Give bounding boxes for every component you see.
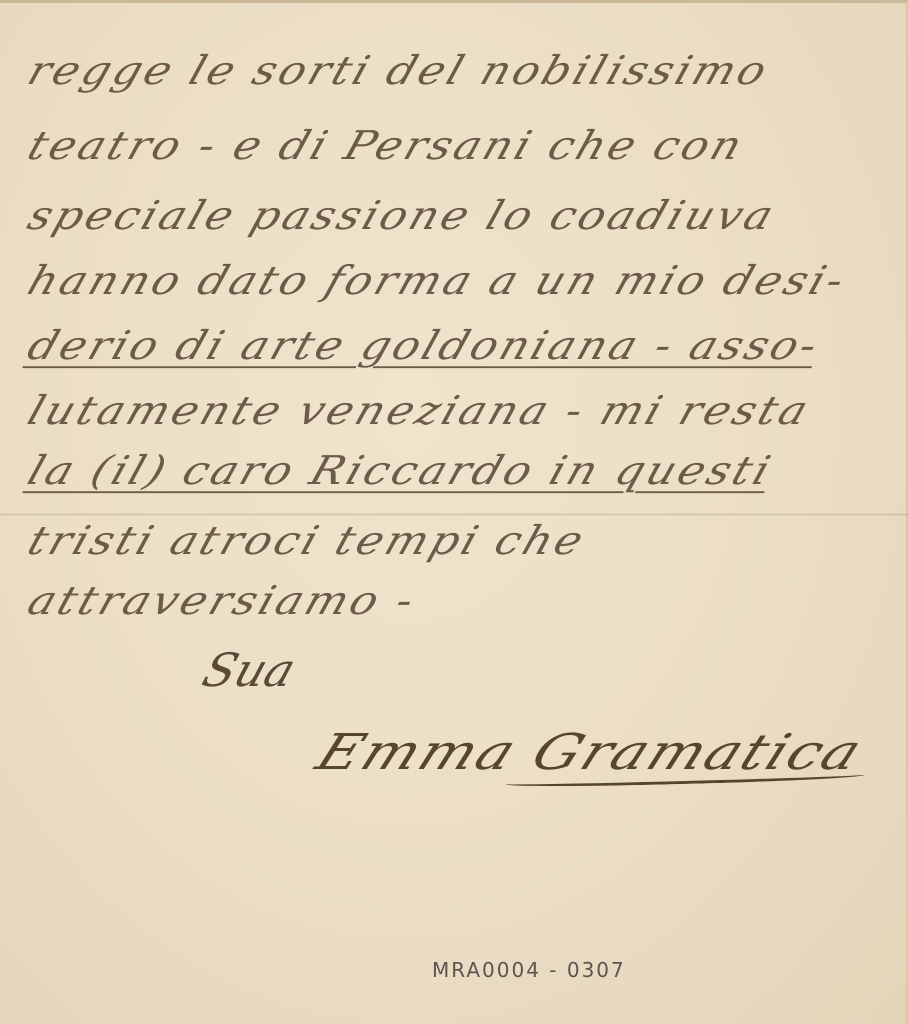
letter-line: tristi atroci tempi che [22,518,592,564]
closing-word: Sua [196,643,302,697]
letter-line: hanno dato forma a un mio desi- [22,258,853,304]
letter-line: regge le sorti del nobilissimo [22,48,775,94]
archive-id-label: MRA0004 - 0307 [432,958,626,982]
letter-line: lutamente veneziana - mi resta [22,388,817,434]
letter-line: attraversiamo - [22,578,423,624]
paper-fold-crease [0,513,908,516]
letter-line: teatro - e di Persani che con [22,123,751,169]
letter-line: speciale passione lo coadiuva [22,193,782,239]
letter-page: regge le sorti del nobilissimo teatro - … [0,0,908,1024]
letter-line: la (il) caro Riccardo in questi [22,448,779,494]
letter-line: derio di arte goldoniana - asso- [22,323,826,369]
